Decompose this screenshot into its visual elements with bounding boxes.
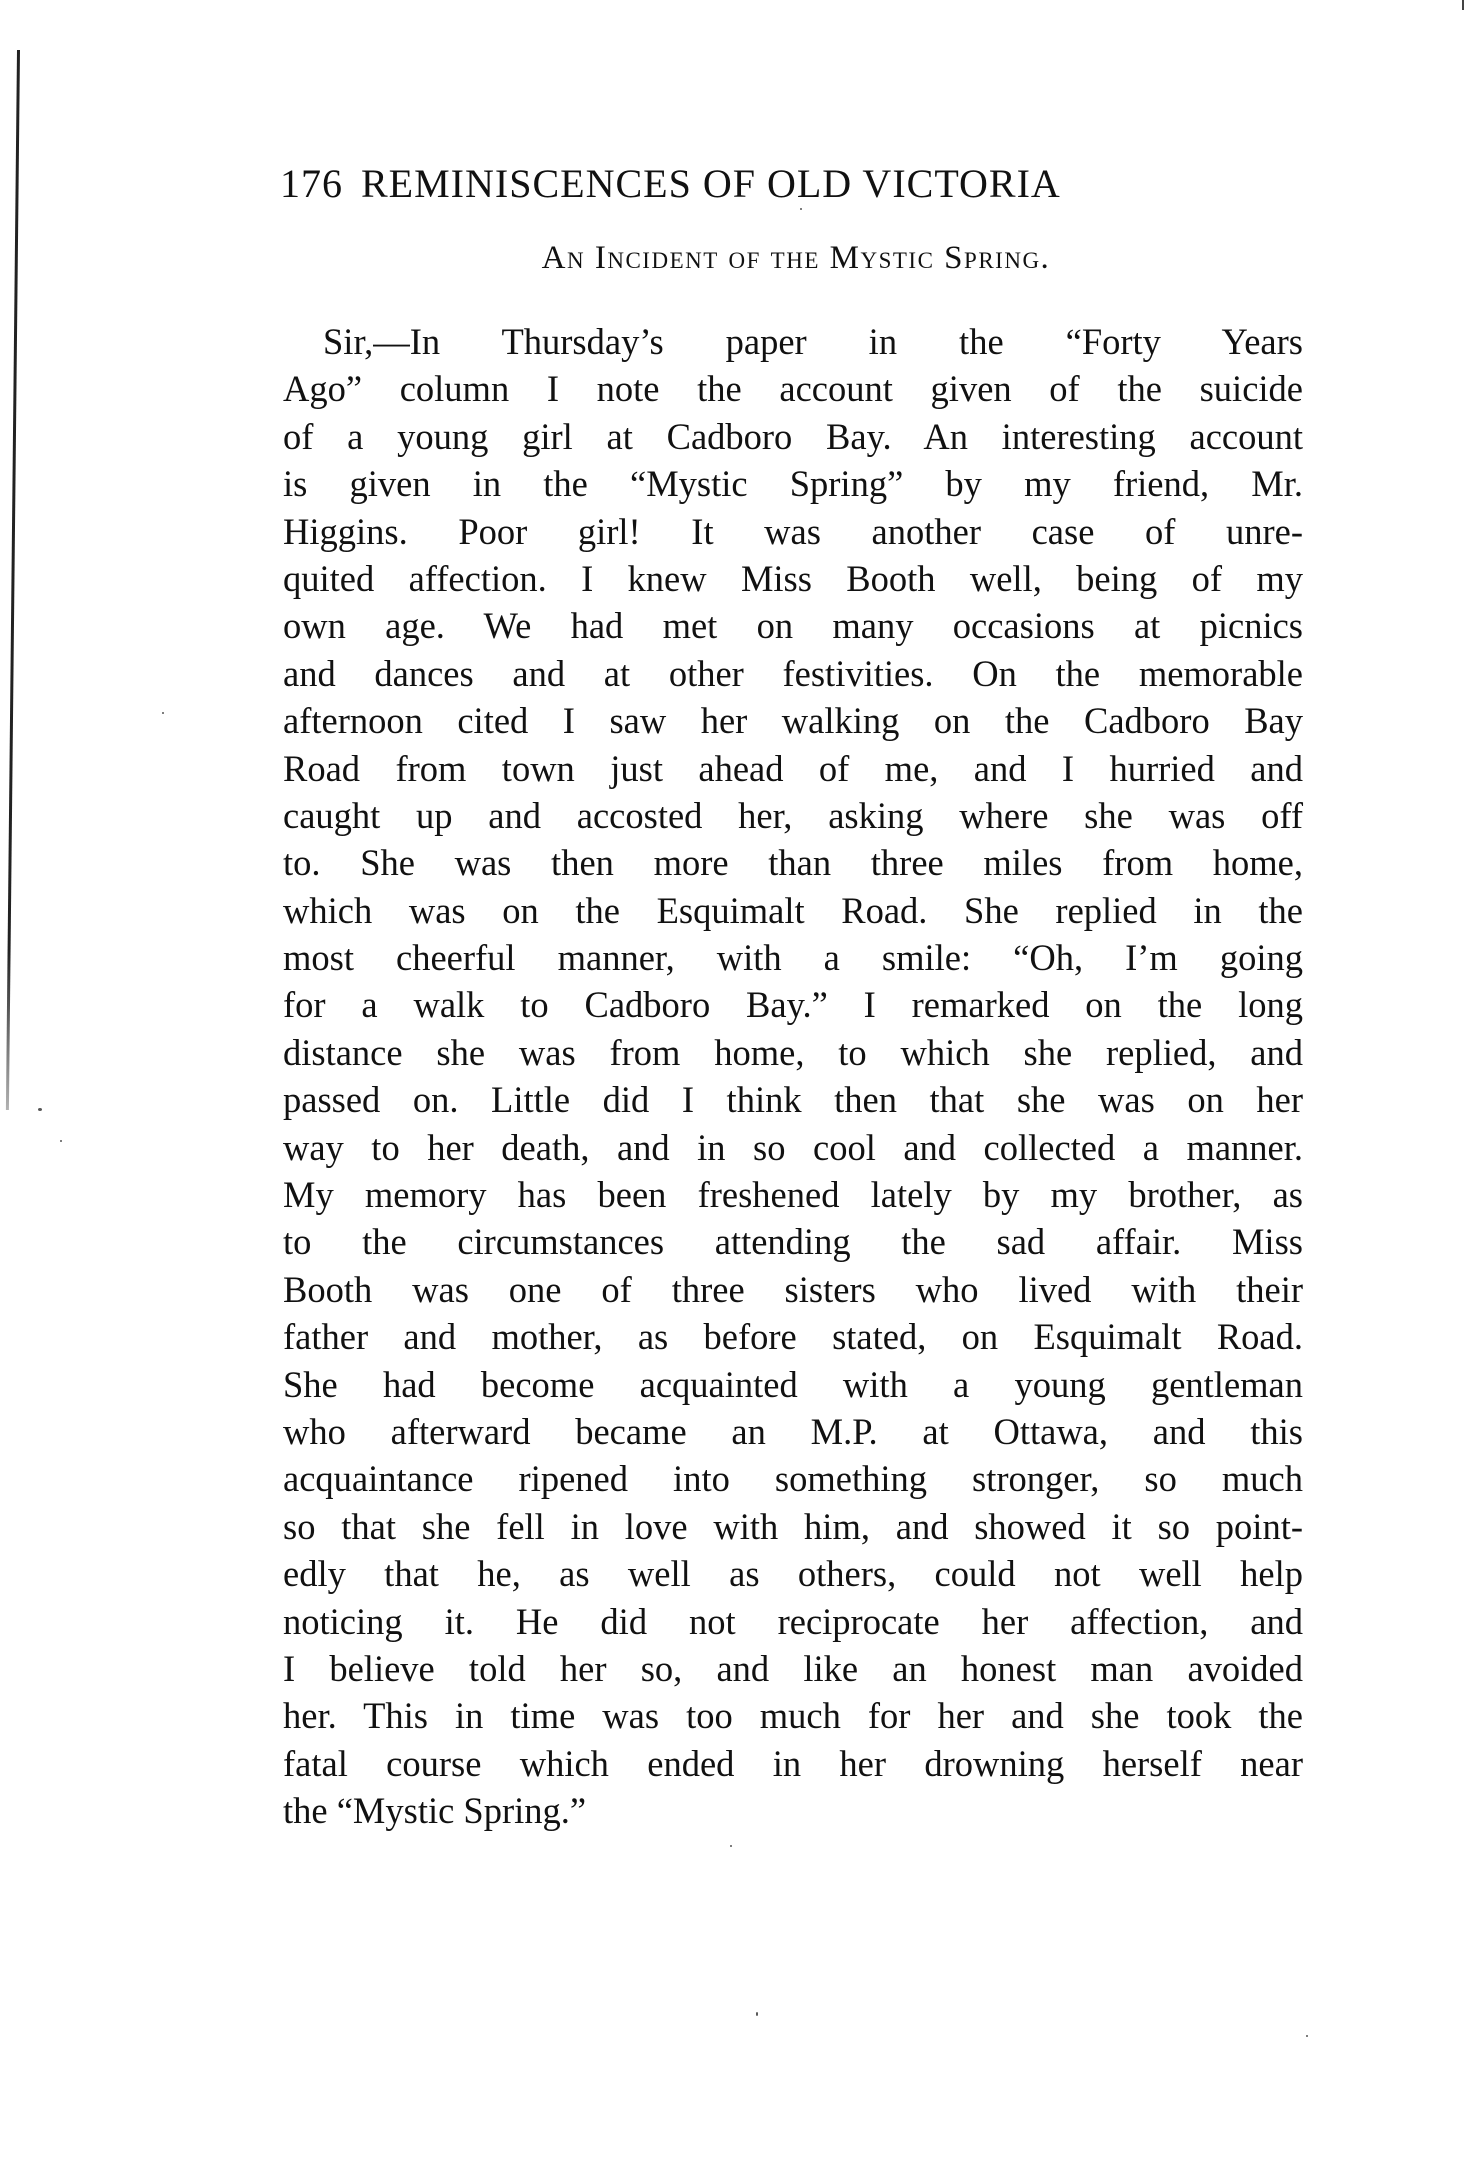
paper-speck [1306,2035,1308,2037]
text-line: acquaintance ripened into something stro… [283,1455,1303,1502]
text-line: to. She was then more than three miles f… [283,839,1303,886]
text-line: My memory has been freshened lately by m… [283,1171,1303,1218]
text-line: for a walk to Cadboro Bay.” I remarked o… [283,981,1303,1028]
text-line: distance she was from home, to which she… [283,1029,1303,1076]
text-line: and dances and at other festivities. On … [283,650,1303,697]
paper-speck [38,1108,42,1111]
text-line: way to her death, and in so cool and col… [283,1124,1303,1171]
paper-speck [756,2012,758,2016]
text-line: to the circumstances attending the sad a… [283,1218,1303,1265]
text-line: her. This in time was too much for her a… [283,1692,1303,1739]
section-title-text: An Incident of the Mystic Spring. [542,240,1051,277]
text-line: Higgins. Poor girl! It was another case … [283,508,1303,555]
text-line: fatal course which ended in her drowning… [283,1740,1303,1787]
text-line: of a young girl at Cadboro Bay. An inter… [283,413,1303,460]
binding-edge-rule [6,50,20,1110]
text-line: She had become acquainted with a young g… [283,1361,1303,1408]
text-line: Sir,—In Thursday’s paper in the “Forty Y… [283,318,1303,365]
text-line: quited affection. I knew Miss Booth well… [283,555,1303,602]
text-line: I believe told her so, and like an hones… [283,1645,1303,1692]
text-line: Road from town just ahead of me, and I h… [283,745,1303,792]
paper-speck [60,1140,62,1142]
running-title: REMINISCENCES OF OLD VICTORIA [361,161,1061,206]
section-title: An Incident of the Mystic Spring. [0,240,1472,277]
text-line: caught up and accosted her, asking where… [283,792,1303,839]
text-line: noticing it. He did not reciprocate her … [283,1598,1303,1645]
text-line: who afterward became an M.P. at Ottawa, … [283,1408,1303,1455]
text-line: Booth was one of three sisters who lived… [283,1266,1303,1313]
text-line: the “Mystic Spring.” [283,1787,1303,1834]
text-line: edly that he, as well as others, could n… [283,1550,1303,1597]
corner-mark [1462,0,1464,10]
text-line: is given in the “Mystic Spring” by my fr… [283,460,1303,507]
text-line: father and mother, as before stated, on … [283,1313,1303,1360]
book-page: 176REMINISCENCES OF OLD VICTORIA An Inci… [0,0,1472,2171]
page-number: 176 [280,160,343,207]
paper-speck [162,712,164,714]
text-line: so that she fell in love with him, and s… [283,1503,1303,1550]
text-line: afternoon cited I saw her walking on the… [283,697,1303,744]
text-line: most cheerful manner, with a smile: “Oh,… [283,934,1303,981]
text-line: which was on the Esquimalt Road. She rep… [283,887,1303,934]
paper-speck [730,1845,732,1847]
text-line: passed on. Little did I think then that … [283,1076,1303,1123]
text-line: Ago” column I note the account given of … [283,365,1303,412]
running-head: 176REMINISCENCES OF OLD VICTORIA [280,160,1320,207]
text-line: own age. We had met on many occasions at… [283,602,1303,649]
body-paragraph: Sir,—In Thursday’s paper in the “Forty Y… [283,318,1303,1835]
paper-speck [800,208,802,210]
